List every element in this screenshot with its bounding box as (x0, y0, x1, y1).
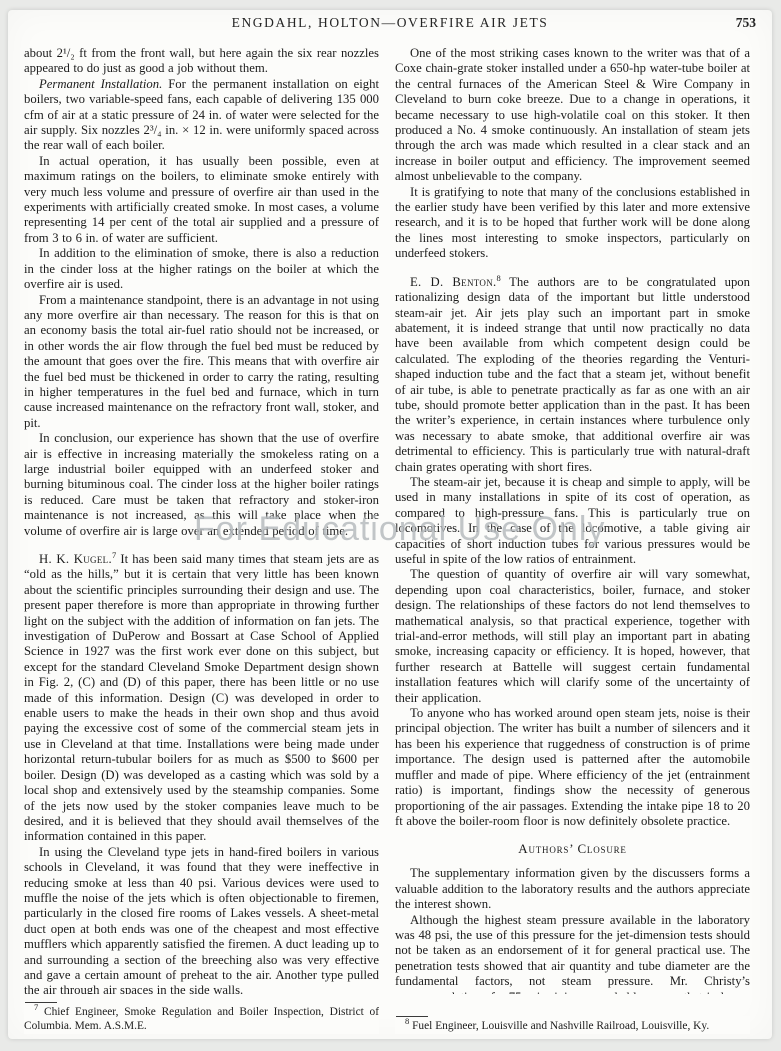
two-column-body: about 2¹/₂ ft from the front wall, but h… (8, 46, 772, 1036)
discussion-paragraph-benton: E. D. Benton.8 The authors are to be con… (395, 275, 750, 475)
page-number: 753 (736, 15, 756, 31)
footnote-rule (25, 1002, 57, 1003)
speaker-name: E. D. Benton. (410, 275, 496, 289)
footnote-body: Fuel Engineer, Louisville and Nashville … (409, 1020, 709, 1032)
paragraph: It is gratifying to note that many of th… (395, 185, 750, 262)
footnote: 8 Fuel Engineer, Louisville and Nashvill… (395, 1016, 750, 1034)
paragraph: The steam-air jet, because it is cheap a… (395, 475, 750, 567)
paragraph: From a maintenance standpoint, there is … (24, 293, 379, 432)
section-heading-authors-closure: Authors’ Closure (395, 841, 750, 857)
footnote: 7 Chief Engineer, Smoke Regulation and B… (24, 1002, 379, 1034)
scanned-paper-screenshot: { "header": { "title": "ENGDAHL, HOLTON—… (0, 0, 781, 1051)
paragraph: The question of quantity of overfire air… (395, 567, 750, 706)
paragraph: One of the most striking cases known to … (395, 46, 750, 185)
paragraph: Permanent Installation. For the permanen… (24, 77, 379, 154)
left-column-body: about 2¹/₂ ft from the front wall, but h… (24, 46, 379, 994)
speaker-name: H. K. Kugel. (39, 552, 112, 566)
paragraph: In using the Cleveland type jets in hand… (24, 845, 379, 994)
paragraph: In addition to the elimination of smoke,… (24, 246, 379, 292)
footnote-body: Chief Engineer, Smoke Regulation and Boi… (24, 1006, 379, 1032)
paragraph: To anyone who has worked around open ste… (395, 706, 750, 829)
scanned-page: ENGDAHL, HOLTON—OVERFIRE AIR JETS 753 ab… (8, 10, 772, 1039)
running-head-title: ENGDAHL, HOLTON—OVERFIRE AIR JETS (8, 15, 772, 31)
paragraph: In conclusion, our experience has shown … (24, 431, 379, 539)
paragraph: In actual operation, it has usually been… (24, 154, 379, 246)
discussion-paragraph-kugel: H. K. Kugel.7 It has been said many time… (24, 552, 379, 845)
right-column-body: One of the most striking cases known to … (395, 46, 750, 994)
right-column: One of the most striking cases known to … (395, 46, 750, 1036)
paragraph-text: It has been said many times that steam j… (24, 552, 379, 843)
italic-lead: Permanent Installation. (39, 77, 162, 91)
paragraph: The supplementary information given by t… (395, 866, 750, 912)
footnote-text: 7 Chief Engineer, Smoke Regulation and B… (24, 1006, 379, 1034)
paragraph: about 2¹/₂ ft from the front wall, but h… (24, 46, 379, 77)
paragraph-text: The authors are to be congratulated upon… (395, 275, 750, 474)
footnote-rule (396, 1016, 428, 1017)
paragraph: Although the highest steam pressure avai… (395, 913, 750, 994)
running-head: ENGDAHL, HOLTON—OVERFIRE AIR JETS 753 (8, 15, 772, 37)
footnote-text: 8 Fuel Engineer, Louisville and Nashvill… (395, 1020, 750, 1034)
left-column: about 2¹/₂ ft from the front wall, but h… (24, 46, 379, 1036)
